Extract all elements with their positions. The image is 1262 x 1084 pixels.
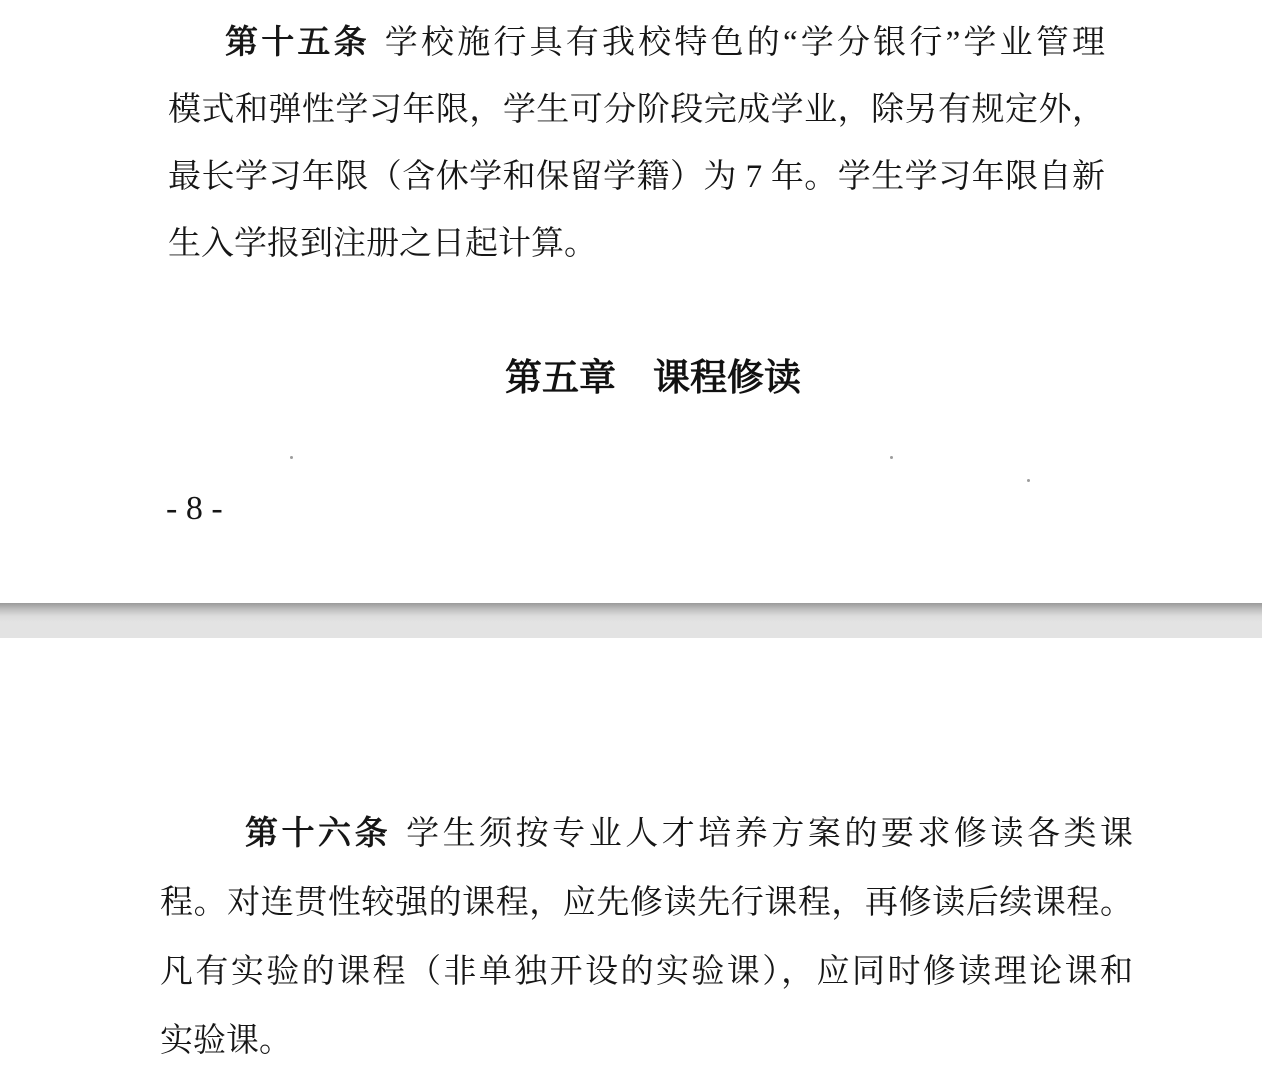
article-15-line-1: 第十五条学校施行具有我校特色的“学分银行”学业管理 [168,10,1105,77]
article-16-line-1-text: 学生须按专业人才培养方案的要求修读各类课 [406,816,1133,852]
article-15-paragraph: 第十五条学校施行具有我校特色的“学分银行”学业管理 模式和弹性学习年限，学生可分… [168,10,1105,278]
scan-artifact-dot [290,456,293,459]
page-number: - 8 - [166,489,223,529]
article-15-line-4: 生入学报到注册之日起计算。 [168,211,1105,278]
article-15-line-1-text: 学校施行具有我校特色的“学分银行”学业管理 [385,25,1105,61]
article-16-line-1: 第十六条学生须按专业人才培养方案的要求修读各类课 [160,800,1133,869]
article-15-label: 第十五条 [225,25,370,61]
article-16-line-3: 凡有实验的课程（非单独开设的实验课），应同时修读理论课和 [160,938,1133,1007]
article-16-paragraph: 第十六条学生须按专业人才培养方案的要求修读各类课 程。对连贯性较强的课程，应先修… [160,800,1133,1076]
article-16-line-2: 程。对连贯性较强的课程，应先修读先行课程，再修读后续课程。 [160,869,1133,938]
page-gap [0,603,1262,638]
scan-artifact-dot [890,456,893,459]
document-page-9: 第十六条学生须按专业人才培养方案的要求修读各类课 程。对连贯性较强的课程，应先修… [0,638,1262,1084]
article-16-label: 第十六条 [245,816,391,852]
scan-artifact-dot [1027,479,1030,482]
document-page-8: 第十五条学校施行具有我校特色的“学分银行”学业管理 模式和弹性学习年限，学生可分… [0,0,1262,603]
article-16-line-4: 实验课。 [160,1007,1133,1076]
document-viewer: 第十五条学校施行具有我校特色的“学分银行”学业管理 模式和弹性学习年限，学生可分… [0,0,1262,1084]
chapter-5-heading: 第五章 课程修读 [22,356,1262,400]
article-15-line-3: 最长学习年限（含休学和保留学籍）为 7 年。学生学习年限自新 [168,144,1105,211]
article-15-line-2: 模式和弹性学习年限，学生可分阶段完成学业，除另有规定外， [168,77,1105,144]
